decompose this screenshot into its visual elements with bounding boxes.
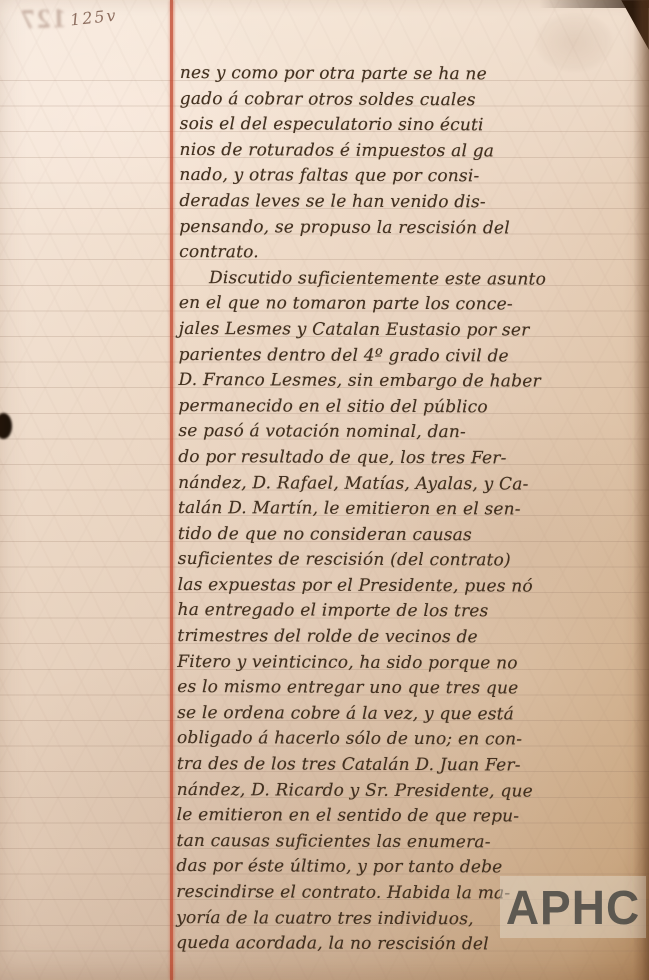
- manuscript-line: suficientes de rescisión (del contrato): [178, 547, 644, 575]
- manuscript-line: nios de roturados é impuestos al ga: [180, 138, 646, 166]
- archive-watermark: APHC: [500, 876, 646, 938]
- manuscript-line: trimestres del rolde de vecinos de: [177, 624, 643, 652]
- manuscript-line: obligado á hacerlo sólo de uno; en con-: [177, 726, 643, 754]
- manuscript-line: contrato.: [179, 240, 645, 268]
- manuscript-line: ha entregado el importe de los tres: [177, 598, 643, 626]
- manuscript-line: en el que no tomaron parte los conce-: [179, 291, 645, 319]
- manuscript-line: nado, y otras faltas que por consi-: [179, 163, 645, 191]
- manuscript-line: se le ordena cobre á la vez, y que está: [177, 701, 643, 729]
- manuscript-line: nes y como por otra parte se ha ne: [180, 61, 646, 89]
- manuscript-line: tido de que no consideran causas: [178, 522, 644, 550]
- manuscript-line: le emitieron en el sentido de que repu-: [177, 803, 643, 831]
- page-number-stamp: 127: [1, 3, 66, 36]
- manuscript-line: D. Franco Lesmes, sin embargo de haber: [179, 368, 645, 396]
- manuscript-line: jales Lesmes y Catalan Eustasio por ser: [179, 317, 645, 345]
- manuscript-line: deradas leves se le han venido dis-: [179, 189, 645, 217]
- manuscript-line: nández, D. Ricardo y Sr. Presidente, que: [177, 778, 643, 806]
- manuscript-line: es lo mismo entregar uno que tres que: [177, 675, 643, 703]
- manuscript-line: tan causas suficientes las enumera-: [176, 829, 642, 857]
- manuscript-line: parientes dentro del 4º grado civil de: [179, 343, 645, 371]
- red-margin-line: [170, 0, 173, 980]
- manuscript-text-block: nes y como por otra parte se ha negado á…: [176, 61, 646, 959]
- manuscript-line: tra des de los tres Catalán D. Juan Fer-: [177, 752, 643, 780]
- ink-blot: [0, 413, 12, 439]
- manuscript-line: se pasó á votación nominal, dan-: [178, 419, 644, 447]
- manuscript-line: do por resultado de que, los tres Fer-: [178, 445, 644, 473]
- manuscript-line: nández, D. Rafael, Matías, Ayalas, y Ca-: [178, 470, 644, 498]
- manuscript-line: pensando, se propuso la rescisión del: [179, 215, 645, 243]
- manuscript-line: talán D. Martín, le emitieron en el sen-: [178, 496, 644, 524]
- manuscript-line: Discutido suficientemente este asunto: [179, 266, 645, 294]
- folio-note: 125v: [69, 6, 118, 30]
- manuscript-line: gado á cobrar otros soldes cuales: [180, 87, 646, 115]
- manuscript-line: sois el del especulatorio sino écuti: [180, 112, 646, 140]
- manuscript-page: 127 125v nes y como por otra parte se ha…: [0, 0, 649, 980]
- manuscript-line: las expuestas por el Presidente, pues nó: [178, 573, 644, 601]
- archive-watermark-text: APHC: [506, 879, 640, 936]
- manuscript-line: permanecido en el sitio del público: [178, 394, 644, 422]
- manuscript-line: Fitero y veinticinco, ha sido porque no: [177, 650, 643, 678]
